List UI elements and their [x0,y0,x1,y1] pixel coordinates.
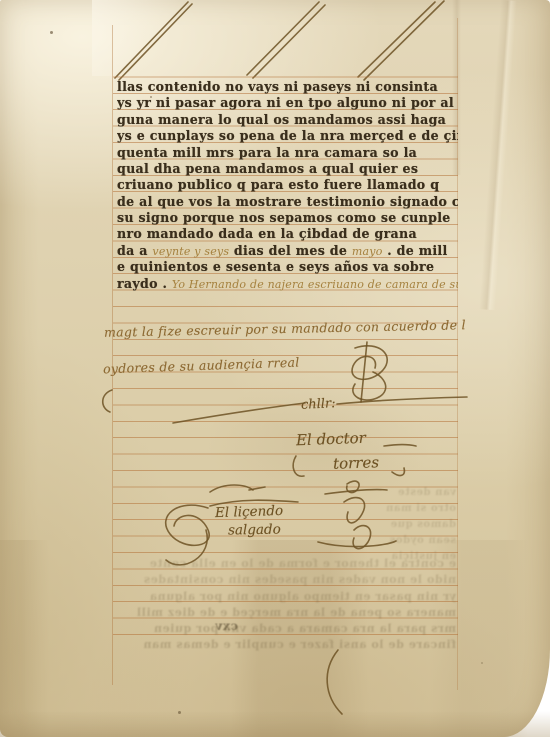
raydo-line: raydo . Yo Hernando de najera escriuano … [117,276,458,292]
parchment-page: llas contenido no vays ni paseys ni cons… [0,0,550,737]
gothic-line: ys e cunplays so pena de la nra merçed e… [117,128,458,144]
date-line-gothic: dias del mes de [234,243,347,258]
gothic-line: qual dha pena mandamos a qual quier es [117,161,458,177]
bleedthrough-line: yr nin pasar en tiempo alguno nin por al… [116,590,456,604]
date-month-cursive: mayo [352,245,383,258]
gothic-text-block: llas contenido no vays ni paseys ni cons… [117,79,458,292]
bleedthrough-line: otro si man [328,502,456,516]
date-day-cursive: veynte y seys [152,245,229,258]
chancellor-signature: chllr: [301,396,336,413]
bottom-edge-shade [0,711,550,737]
gothic-line: llas contenido no vays ni paseys ni cons… [117,79,458,95]
year-line: e quinientos e sesenta e seys años va so… [117,259,458,275]
gothic-line: ys yr ni pasar agora ni en tpo alguno ni… [117,95,458,111]
vertical-crease [479,0,517,310]
ink-speck [481,662,483,664]
bleedthrough-line: damos que [328,518,456,532]
bleedthrough-line: mrs para la nra camara a cada vno por qu… [116,622,456,636]
date-line-gothic: da a [117,243,148,258]
notary-cursive-line: magt la fize escreuir por su mandado con… [104,317,466,340]
gothic-line: su signo porque nos sepamos como se cunp… [117,210,458,226]
gothic-line: nro mandado dada en la çibdad de grana [117,226,458,242]
date-line: da a veynte y seys dias del mes de mayo … [117,243,458,259]
notary-cursive: Yo Hernando de najera escriuano de camar… [172,278,458,291]
crease-arc [320,648,360,718]
gothic-line: guna manera lo qual os mandamos assi hag… [117,112,458,128]
bleedthrough-line: van deste [328,486,456,500]
gothic-line: criuano publico q para esto fuere llamad… [117,177,458,193]
manuscript-photo: llas contenido no vays ni paseys ni cons… [0,0,550,739]
gothic-line: de al que vos la mostrare testimonio sig… [117,194,458,210]
left-margin-rule [112,25,113,685]
bleedthrough-line: fincare de lo ansi fazer e cunplir e dem… [116,638,456,652]
bleedthrough-dark-mark: cxv [192,619,238,633]
ink-speck [50,31,53,34]
bleedthrough-line: sean oydos [328,534,456,548]
raydo-gothic: raydo . [117,276,167,291]
licenciado-signature-name: salgado [228,522,281,539]
ink-speck [178,711,181,714]
bleedthrough-line: nido le non vades nin pasedes nin consin… [116,573,456,587]
cancellation-slashes [100,0,460,86]
bleedthrough-line: e contra el thenor e forma de lo en ella… [116,557,456,571]
date-line-gothic: . de mill [387,243,447,258]
gothic-line: quenta mill mrs para la nra camara so la [117,145,458,161]
licenciado-signature-title: El liçendo [215,503,284,521]
margin-bracket-mark [96,386,116,416]
bleedthrough-line: manera so pena de la nra merçed e de die… [116,606,456,620]
